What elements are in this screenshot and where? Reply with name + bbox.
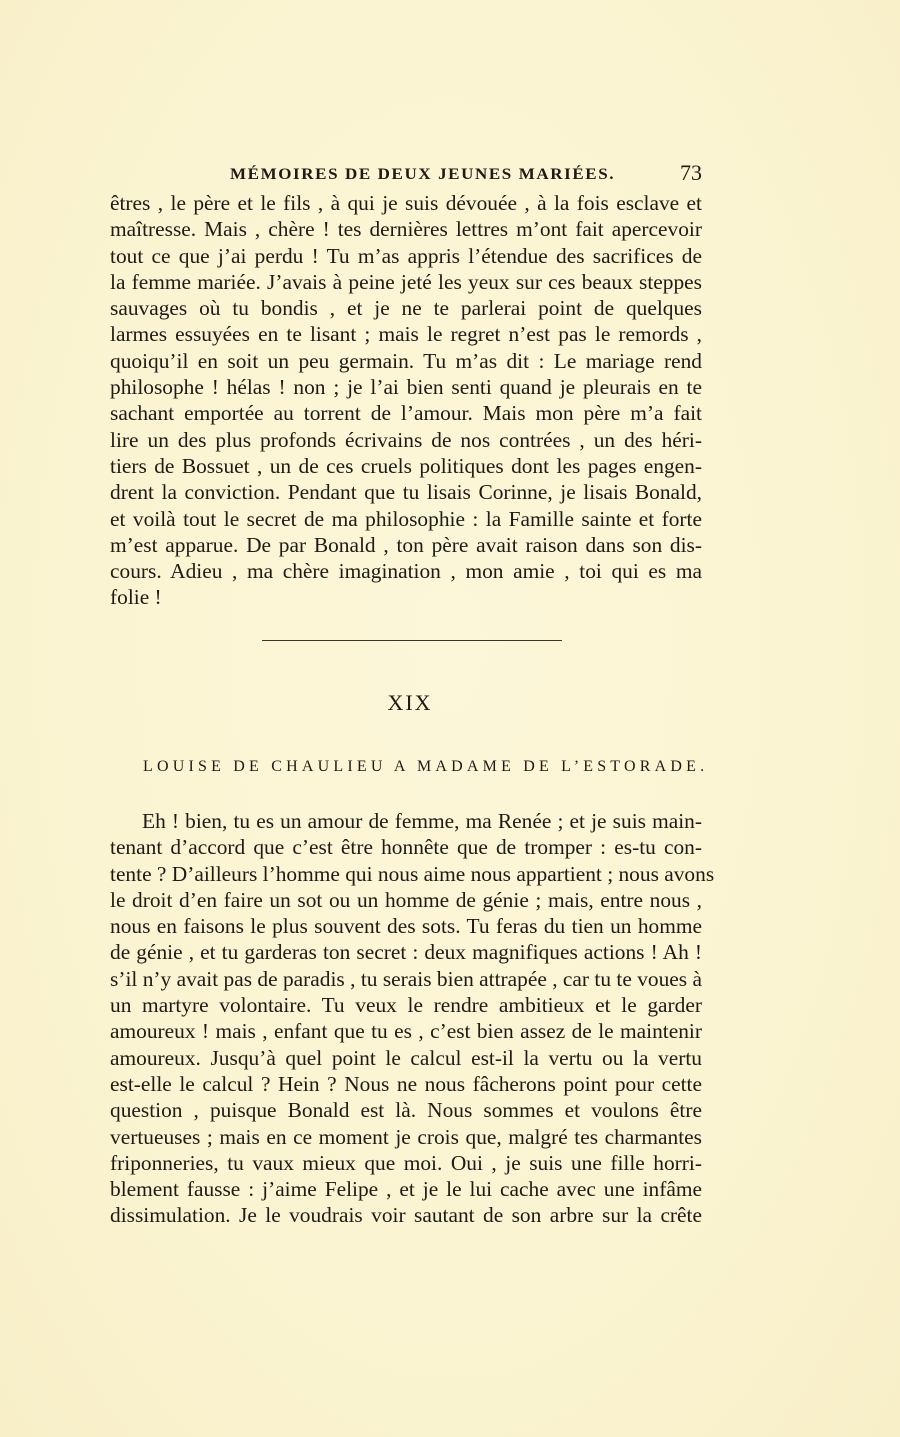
text-line: de génie , et tu garderas ton secret : d… (110, 939, 702, 965)
text-line: lire un des plus profonds écrivains de n… (110, 427, 702, 453)
text-line: tiers de Bossuet , un de ces cruels poli… (110, 453, 702, 479)
text-line: friponneries, tu vaux mieux que moi. Oui… (110, 1150, 702, 1176)
text-line: la femme mariée. J’avais à peine jeté le… (110, 269, 702, 295)
text-line: philosophe ! hélas ! non ; je l’ai bien … (110, 374, 702, 400)
text-line: tout ce que j’ai perdu ! Tu m’as appris … (110, 243, 702, 269)
section-separator-rule (262, 640, 562, 641)
text-line: et voilà tout le secret de ma philosophi… (110, 506, 702, 532)
text-line: amoureux. Jusqu’à quel point le calcul e… (110, 1045, 702, 1071)
text-line: tente ? D’ailleurs l’homme qui nous aime… (110, 861, 702, 887)
text-line: le droit d’en faire un sot ou un homme d… (110, 887, 702, 913)
text-line: larmes essuyées en te lisant ; mais le r… (110, 321, 702, 347)
text-line: amoureux ! mais , enfant que tu es , c’e… (110, 1018, 702, 1044)
text-line: tenant d’accord que c’est être honnête q… (110, 834, 702, 860)
paragraph-letter-ending: êtres , le père et le fils , à qui je su… (110, 190, 702, 611)
running-head: MÉMOIRES DE DEUX JEUNES MARIÉES. 73 (110, 158, 702, 188)
text-line: s’il n’y avait pas de paradis , tu serai… (110, 966, 702, 992)
page-number: 73 (680, 160, 702, 186)
text-line: est-elle le calcul ? Hein ? Nous ne nous… (110, 1071, 702, 1097)
text-line: un martyre volontaire. Tu veux le rendre… (110, 992, 702, 1018)
letter-heading: LOUISE DE CHAULIEU A MADAME DE L’ESTORAD… (143, 758, 703, 776)
text-line: sachant emportée au torrent de l’amour. … (110, 400, 702, 426)
text-line: nous en faisons le plus souvent des sots… (110, 913, 702, 939)
text-line: Eh ! bien, tu es un amour de femme, ma R… (110, 808, 702, 834)
running-title: MÉMOIRES DE DEUX JEUNES MARIÉES. (230, 165, 615, 184)
text-line: folie ! (110, 584, 702, 610)
chapter-number: XIX (0, 690, 820, 716)
text-line: sauvages où tu bondis , et je ne te parl… (110, 295, 702, 321)
paragraph-letter-body: Eh ! bien, tu es un amour de femme, ma R… (110, 808, 702, 1229)
text-line: maîtresse. Mais , chère ! tes dernières … (110, 216, 702, 242)
book-page: MÉMOIRES DE DEUX JEUNES MARIÉES. 73 être… (0, 0, 900, 1437)
text-line: drent la conviction. Pendant que tu lisa… (110, 479, 702, 505)
text-line: m’est apparue. De par Bonald , ton père … (110, 532, 702, 558)
text-line: blement fausse : j’aime Felipe , et je l… (110, 1176, 702, 1202)
text-line: question , puisque Bonald est là. Nous s… (110, 1097, 702, 1123)
text-line: dissimulation. Je le voudrais voir sauta… (110, 1202, 702, 1228)
text-line: êtres , le père et le fils , à qui je su… (110, 190, 702, 216)
text-line: cours. Adieu , ma chère imagination , mo… (110, 558, 702, 584)
text-line: vertueuses ; mais en ce moment je crois … (110, 1124, 702, 1150)
text-line: quoiqu’il en soit un peu germain. Tu m’a… (110, 348, 702, 374)
